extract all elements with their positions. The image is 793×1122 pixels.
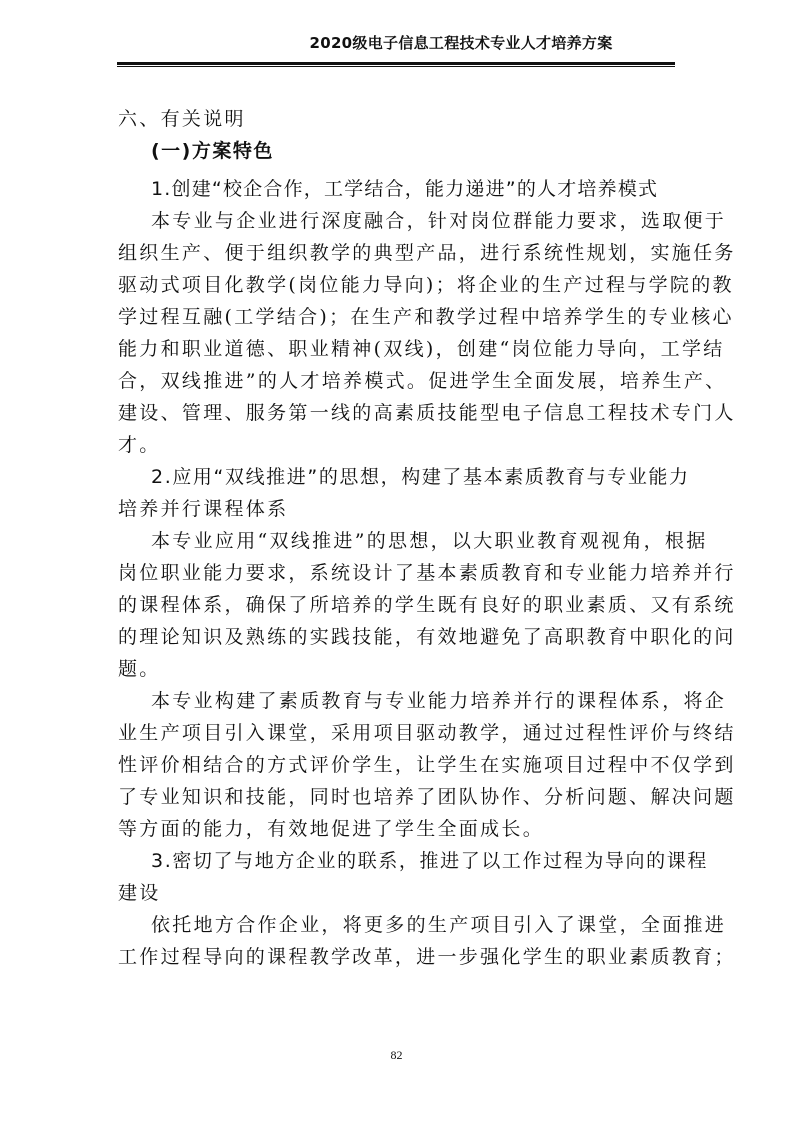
item-heading-3-cont: 建设 (118, 877, 663, 909)
paragraph-line: 性评价相结合的方式评价学生，让学生在实施项目过程中不仅学到 (118, 749, 663, 781)
paragraph-line: 等方面的能力，有效地促进了学生全面成长。 (118, 813, 663, 845)
paragraph: 本专业构建了素质教育与专业能力培养并行的课程体系，将企 业生产项目引入课堂，采用… (118, 685, 663, 845)
item-heading-2-cont: 培养并行课程体系 (118, 493, 663, 525)
paragraph-line: 驱动式项目化教学(岗位能力导向)；将企业的生产过程与学院的教 (118, 269, 663, 301)
paragraph-line: 组织生产、便于组织教学的典型产品，进行系统性规划，实施任务 (118, 237, 663, 269)
page-header: 2020级电子信息工程技术专业人才培养方案 (117, 33, 675, 53)
paragraph-line: 的理论知识及熟练的实践技能，有效地避免了高职教育中职化的问 (118, 621, 663, 653)
document-body: 六、有关说明 (一)方案特色 1.创建“校企合作，工学结合，能力递进”的人才培养… (118, 103, 663, 973)
header-double-rule (117, 62, 675, 68)
paragraph: 本专业与企业进行深度融合，针对岗位群能力要求，选取便于 组织生产、便于组织教学的… (118, 205, 663, 461)
item-heading-1: 1.创建“校企合作，工学结合，能力递进”的人才培养模式 (118, 173, 663, 205)
page-number: 82 (0, 1048, 793, 1063)
paragraph-line: 业生产项目引入课堂，采用项目驱动教学，通过过程性评价与终结 (118, 717, 663, 749)
subsection-heading: (一)方案特色 (118, 135, 663, 167)
header-rule-thin (117, 66, 675, 67)
paragraph-line: 本专业与企业进行深度融合，针对岗位群能力要求，选取便于 (118, 205, 663, 237)
item-heading-2: 2.应用“双线推进”的思想，构建了基本素质教育与专业能力 (118, 461, 663, 493)
paragraph-line: 合，双线推进”的人才培养模式。促进学生全面发展，培养生产、 (118, 365, 663, 397)
paragraph-line: 工作过程导向的课程教学改革，进一步强化学生的职业素质教育； (118, 941, 663, 973)
paragraph-line: 才。 (118, 429, 663, 461)
paragraph-line: 的课程体系，确保了所培养的学生既有良好的职业素质、又有系统 (118, 589, 663, 621)
paragraph-line: 本专业构建了素质教育与专业能力培养并行的课程体系，将企 (118, 685, 663, 717)
paragraph: 依托地方合作企业，将更多的生产项目引入了课堂，全面推进 工作过程导向的课程教学改… (118, 909, 663, 973)
header-rule-thick (117, 62, 675, 65)
paragraph-line: 了专业知识和技能，同时也培养了团队协作、分析问题、解决问题 (118, 781, 663, 813)
paragraph-line: 岗位职业能力要求，系统设计了基本素质教育和专业能力培养并行 (118, 557, 663, 589)
paragraph-line: 建设、管理、服务第一线的高素质技能型电子信息工程技术专门人 (118, 397, 663, 429)
paragraph-line: 本专业应用“双线推进”的思想，以大职业教育观视角，根据 (118, 525, 663, 557)
paragraph-line: 学过程互融(工学结合)；在生产和教学过程中培养学生的专业核心 (118, 301, 663, 333)
section-heading: 六、有关说明 (118, 103, 663, 135)
paragraph-line: 依托地方合作企业，将更多的生产项目引入了课堂，全面推进 (118, 909, 663, 941)
item-heading-3: 3.密切了与地方企业的联系，推进了以工作过程为导向的课程 (118, 845, 663, 877)
document-title: 2020级电子信息工程技术专业人才培养方案 (117, 33, 675, 53)
paragraph-line: 题。 (118, 653, 663, 685)
paragraph: 本专业应用“双线推进”的思想，以大职业教育观视角，根据 岗位职业能力要求，系统设… (118, 525, 663, 685)
paragraph-line: 能力和职业道德、职业精神(双线)，创建“岗位能力导向，工学结 (118, 333, 663, 365)
